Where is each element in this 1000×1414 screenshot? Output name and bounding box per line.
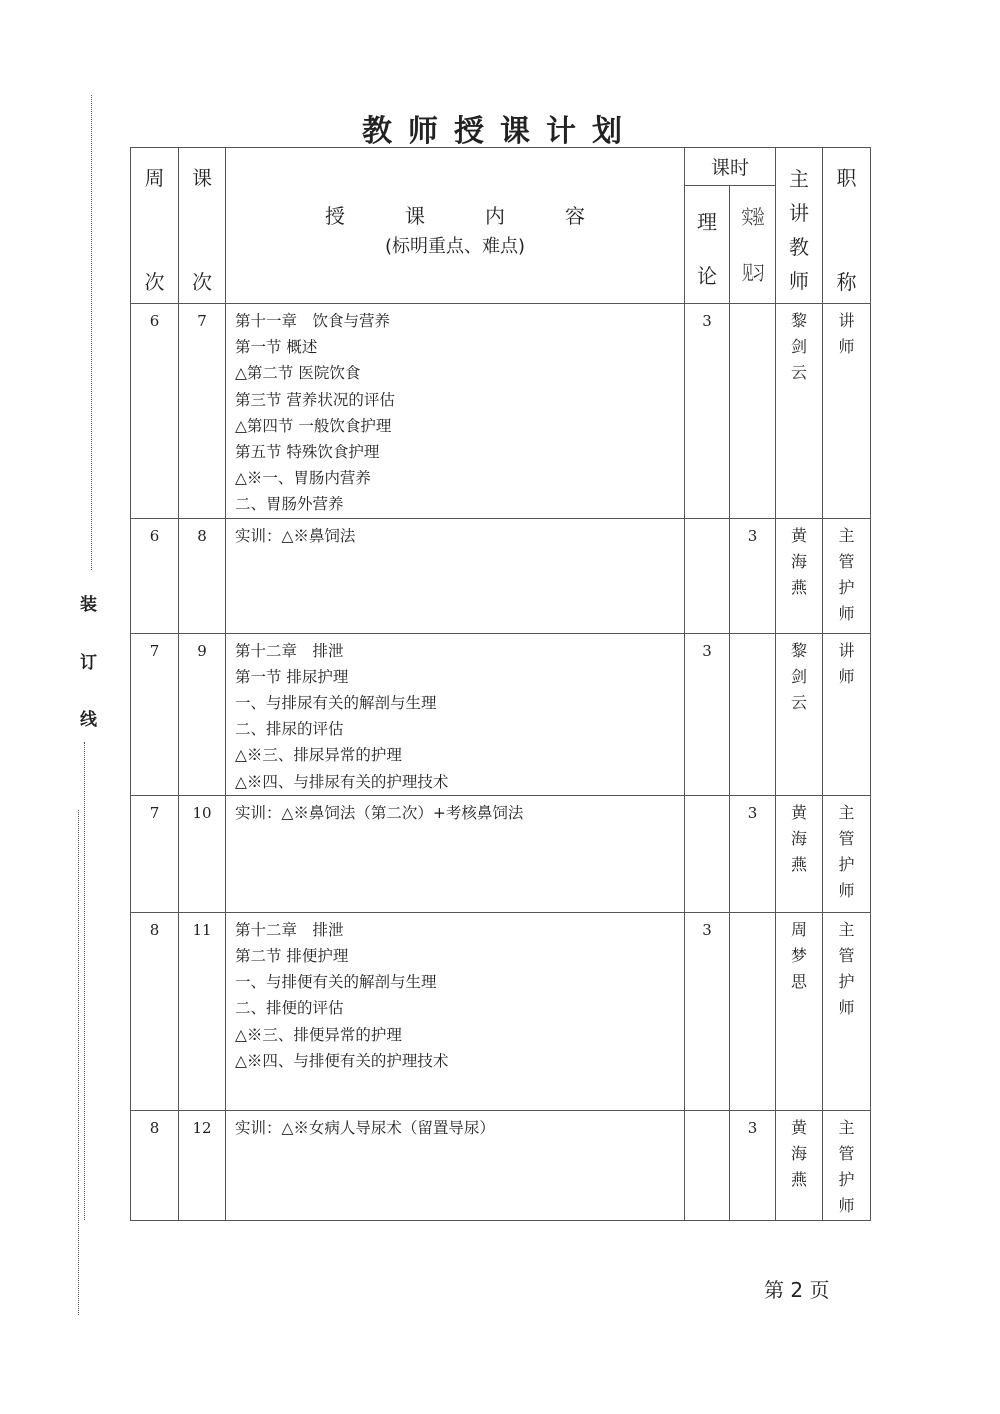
content-cell: 第十二章 排泄 第二节 排便护理 一、与排便有关的解剖与生理 二、排便的评估 △…: [226, 912, 685, 1110]
week-cell: 6: [131, 518, 179, 633]
rank-char: 管: [823, 943, 870, 969]
content-line: 第三节 营养状况的评估: [235, 387, 684, 413]
content-line: △※一、胃肠内营养: [235, 465, 684, 491]
rank-char: 师: [823, 878, 870, 904]
rank-char: 护: [823, 1167, 870, 1193]
table-row: 6 7 第十一章 饮食与营养 第一节 概述 △第二节 医院饮食 第三节 营养状况…: [131, 304, 871, 519]
teacher-char: 思: [776, 969, 822, 995]
table-row: 7 9 第十二章 排泄 第一节 排尿护理 一、与排尿有关的解剖与生理 二、排尿的…: [131, 633, 871, 795]
header-practice: 实验 见习: [730, 186, 776, 304]
content-line: 第十二章 排泄: [235, 917, 684, 943]
content-cell: 实训：△※鼻饲法（第二次）+考核鼻饲法: [226, 795, 685, 912]
week-cell: 8: [131, 912, 179, 1110]
content-line: 第一节 概述: [235, 334, 684, 360]
page-number: 第 2 页: [764, 1274, 829, 1303]
teacher-char: 海: [776, 549, 822, 575]
teaching-plan-table: 周 次 课 次 授 课 内 容 (标明重点、难点) 课时 主 讲 教 师: [130, 147, 871, 1221]
content-cell: 第十二章 排泄 第一节 排尿护理 一、与排尿有关的解剖与生理 二、排尿的评估 △…: [226, 633, 685, 795]
teacher-cell: 黄海燕: [776, 795, 823, 912]
content-line: 第二节 排便护理: [235, 943, 684, 969]
header-practice-top: 实验: [730, 203, 775, 230]
teacher-char: 黄: [776, 800, 822, 826]
content-line: 二、胃肠外营养: [235, 491, 684, 517]
header-rank-top: 职: [823, 162, 870, 191]
rank-char: 主: [823, 800, 870, 826]
teacher-char: 黄: [776, 1115, 822, 1141]
rank-char: 师: [823, 334, 870, 360]
practice-hours-cell: [730, 633, 776, 795]
header-content: 授 课 内 容 (标明重点、难点): [226, 148, 685, 304]
lesson-cell: 11: [179, 912, 226, 1110]
rank-char: 主: [823, 1115, 870, 1141]
teacher-char: 海: [776, 1141, 822, 1167]
content-cell: 实训：△※女病人导尿术（留置导尿）: [226, 1110, 685, 1220]
content-line: 第十一章 饮食与营养: [235, 308, 684, 334]
header-week-bottom: 次: [131, 266, 178, 295]
week-cell: 7: [131, 795, 179, 912]
rank-char: 护: [823, 852, 870, 878]
rank-cell: 主管护师: [823, 1110, 871, 1220]
page-title: 教师授课计划: [130, 106, 870, 150]
teacher-char: 黄: [776, 523, 822, 549]
rank-char: 讲: [823, 638, 870, 664]
content-line: △※三、排尿异常的护理: [235, 742, 684, 768]
content-line: 实训：△※女病人导尿术（留置导尿）: [235, 1115, 684, 1141]
content-line: △第二节 医院饮食: [235, 360, 684, 386]
practice-hours-cell: [730, 912, 776, 1110]
teacher-char: 黎: [776, 308, 822, 334]
rank-char: 主: [823, 917, 870, 943]
lesson-cell: 12: [179, 1110, 226, 1220]
header-theory-bottom: 论: [685, 260, 729, 289]
theory-hours-cell: [685, 1110, 730, 1220]
lesson-cell: 9: [179, 633, 226, 795]
content-line: △第四节 一般饮食护理: [235, 413, 684, 439]
header-theory-top: 理: [685, 206, 729, 235]
practice-hours-cell: 3: [730, 518, 776, 633]
header-teacher-char: 师: [776, 264, 822, 298]
rank-char: 师: [823, 1193, 870, 1219]
header-teacher-char: 主: [776, 162, 822, 196]
content-line: 第十二章 排泄: [235, 638, 684, 664]
rank-char: 师: [823, 601, 870, 627]
content-line: △※四、与排便有关的护理技术: [235, 1048, 684, 1074]
content-line: 实训：△※鼻饲法（第二次）+考核鼻饲法: [235, 800, 684, 826]
teacher-char: 燕: [776, 852, 822, 878]
teacher-char: 燕: [776, 1167, 822, 1193]
teacher-char: 海: [776, 826, 822, 852]
header-content-title: 授 课 内 容: [226, 200, 684, 229]
binding-label-char: 线: [80, 705, 97, 730]
teacher-char: 剑: [776, 334, 822, 360]
header-content-note: (标明重点、难点): [226, 232, 684, 258]
teacher-char: 周: [776, 917, 822, 943]
table-row: 8 12 实训：△※女病人导尿术（留置导尿） 3 黄海燕 主管护师: [131, 1110, 871, 1220]
header-rank: 职 称: [823, 148, 871, 304]
teacher-char: 剑: [776, 664, 822, 690]
content-line: △※三、排便异常的护理: [235, 1022, 684, 1048]
rank-char: 管: [823, 826, 870, 852]
rank-cell: 主管护师: [823, 518, 871, 633]
rank-char: 师: [823, 664, 870, 690]
lesson-cell: 7: [179, 304, 226, 519]
theory-hours-cell: [685, 518, 730, 633]
week-cell: 7: [131, 633, 179, 795]
teacher-char: 云: [776, 690, 822, 716]
practice-hours-cell: [730, 304, 776, 519]
header-lesson: 课 次: [179, 148, 226, 304]
header-theory: 理 论: [685, 186, 730, 304]
practice-hours-cell: 3: [730, 1110, 776, 1220]
content-line: 二、排尿的评估: [235, 716, 684, 742]
rank-cell: 主管护师: [823, 795, 871, 912]
teacher-cell: 黄海燕: [776, 1110, 823, 1220]
header-lesson-top: 课: [179, 162, 225, 191]
header-practice-bottom: 见习: [730, 259, 775, 286]
binding-label-char: 订: [80, 648, 97, 673]
teacher-cell: 黎剑云: [776, 633, 823, 795]
teacher-char: 黎: [776, 638, 822, 664]
teacher-cell: 黎剑云: [776, 304, 823, 519]
content-line: 二、排便的评估: [235, 995, 684, 1021]
content-line: 实训：△※鼻饲法: [235, 523, 684, 549]
header-hours: 课时: [685, 148, 776, 186]
teacher-char: 云: [776, 360, 822, 386]
theory-hours-cell: [685, 795, 730, 912]
table-row: 6 8 实训：△※鼻饲法 3 黄海燕 主管护师: [131, 518, 871, 633]
teacher-cell: 黄海燕: [776, 518, 823, 633]
rank-char: 护: [823, 969, 870, 995]
theory-hours-cell: 3: [685, 304, 730, 519]
header-teacher: 主 讲 教 师: [776, 148, 823, 304]
content-line: △※四、与排尿有关的护理技术: [235, 769, 684, 795]
content-cell: 实训：△※鼻饲法: [226, 518, 685, 633]
rank-cell: 讲师: [823, 633, 871, 795]
content-cell: 第十一章 饮食与营养 第一节 概述 △第二节 医院饮食 第三节 营养状况的评估 …: [226, 304, 685, 519]
rank-cell: 主管护师: [823, 912, 871, 1110]
content-line: 第一节 排尿护理: [235, 664, 684, 690]
content-line: 第五节 特殊饮食护理: [235, 439, 684, 465]
header-lesson-bottom: 次: [179, 266, 225, 295]
theory-hours-cell: 3: [685, 912, 730, 1110]
binding-dotted-line-bottom: [84, 742, 85, 1220]
lesson-cell: 8: [179, 518, 226, 633]
rank-char: 讲: [823, 308, 870, 334]
theory-hours-cell: 3: [685, 633, 730, 795]
table-row: 8 11 第十二章 排泄 第二节 排便护理 一、与排便有关的解剖与生理 二、排便…: [131, 912, 871, 1110]
teacher-cell: 周梦思: [776, 912, 823, 1110]
binding-dotted-line-top: [91, 95, 92, 570]
header-week-top: 周: [131, 162, 178, 191]
rank-char: 师: [823, 995, 870, 1021]
teacher-char: 梦: [776, 943, 822, 969]
rank-char: 管: [823, 1141, 870, 1167]
binding-label-char: 装: [80, 590, 97, 615]
header-teacher-char: 教: [776, 230, 822, 264]
binding-dotted-line-outer: [78, 810, 79, 1315]
content-line: 一、与排尿有关的解剖与生理: [235, 690, 684, 716]
week-cell: 6: [131, 304, 179, 519]
content-line: 一、与排便有关的解剖与生理: [235, 969, 684, 995]
rank-char: 主: [823, 523, 870, 549]
table-row: 7 10 实训：△※鼻饲法（第二次）+考核鼻饲法 3 黄海燕 主管护师: [131, 795, 871, 912]
practice-hours-cell: 3: [730, 795, 776, 912]
lesson-cell: 10: [179, 795, 226, 912]
rank-char: 护: [823, 575, 870, 601]
header-week: 周 次: [131, 148, 179, 304]
header-rank-bottom: 称: [823, 266, 870, 295]
rank-cell: 讲师: [823, 304, 871, 519]
week-cell: 8: [131, 1110, 179, 1220]
header-teacher-char: 讲: [776, 196, 822, 230]
rank-char: 管: [823, 549, 870, 575]
teacher-char: 燕: [776, 575, 822, 601]
